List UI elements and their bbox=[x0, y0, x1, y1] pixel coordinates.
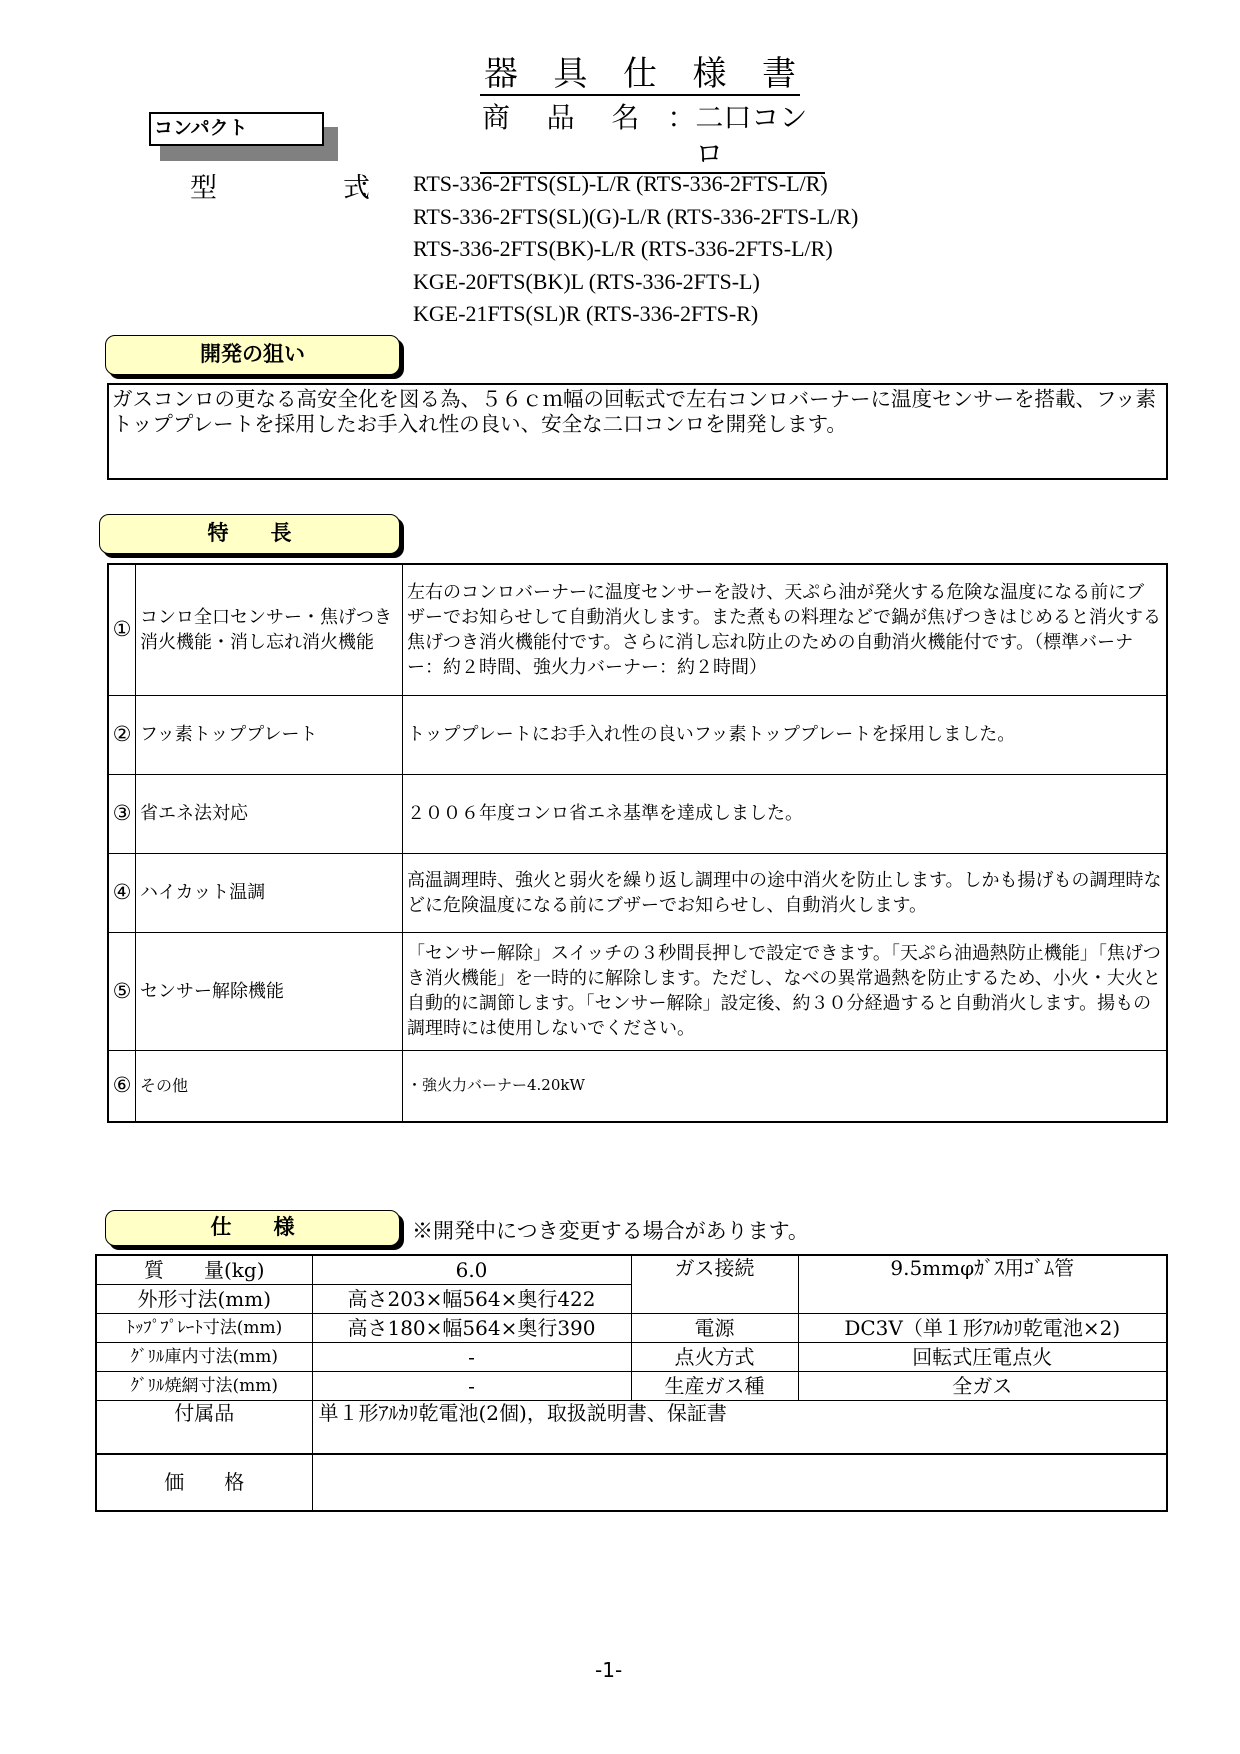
spec-value: 全ガス bbox=[798, 1372, 1167, 1401]
spec-label: ガス接続 bbox=[631, 1255, 798, 1314]
model-item: KGE-20FTS(BK)L (RTS-336-2FTS-L) bbox=[413, 266, 858, 299]
feature-name: その他 bbox=[136, 1050, 403, 1122]
label-char: 品 bbox=[547, 100, 575, 172]
feature-description: トッププレートにお手入れ性の良いフッ素トッププレートを採用しました。 bbox=[403, 695, 1168, 774]
features-table: ① コンロ全口センサー・焦げつき消火機能・消し忘れ消火機能 左右のコンロバーナー… bbox=[107, 563, 1168, 1123]
title-char: 仕 bbox=[623, 52, 657, 94]
spec-label: 外形寸法(mm) bbox=[96, 1285, 312, 1314]
spec-value: 高さ203×幅564×奥行422 bbox=[312, 1285, 631, 1314]
model-label: 型 式 bbox=[190, 172, 370, 206]
feature-description: 「センサー解除」スイッチの３秒間長押しで設定できます。「天ぷら油過熱防止機能」「… bbox=[403, 932, 1168, 1050]
table-row: 価 格 bbox=[96, 1454, 1167, 1511]
model-item: RTS-336-2FTS(SL)-L/R (RTS-336-2FTS-L/R) bbox=[413, 168, 858, 201]
model-item: RTS-336-2FTS(SL)(G)-L/R (RTS-336-2FTS-L/… bbox=[413, 201, 858, 234]
spec-value: - bbox=[312, 1343, 631, 1372]
title-char: 様 bbox=[693, 52, 727, 94]
spec-value: DC3V（単１形ｱﾙｶﾘ乾電池×2) bbox=[798, 1314, 1167, 1343]
feature-name: 省エネ法対応 bbox=[136, 774, 403, 853]
title-char: 器 bbox=[484, 52, 518, 94]
product-name-value: 二口コンロ bbox=[695, 100, 825, 172]
spec-table: 質 量(kg) 6.0 ガス接続 9.5mmφｶﾞｽ用ｺﾞﾑ管 外形寸法(mm)… bbox=[95, 1254, 1168, 1512]
section-heading-spec: 仕 様 bbox=[105, 1210, 400, 1246]
spec-value: 9.5mmφｶﾞｽ用ｺﾞﾑ管 bbox=[798, 1255, 1167, 1314]
label-char: 型 bbox=[190, 172, 217, 206]
spec-label: 付属品 bbox=[96, 1401, 312, 1454]
feature-name: ハイカット温調 bbox=[136, 853, 403, 932]
section-heading-aim: 開発の狙い bbox=[105, 335, 400, 375]
spec-value bbox=[312, 1454, 1167, 1511]
table-row: ② フッ素トッププレート トッププレートにお手入れ性の良いフッ素トッププレートを… bbox=[108, 695, 1167, 774]
row-number: ③ bbox=[108, 774, 136, 853]
title-char: 具 bbox=[554, 52, 588, 94]
spec-value: 回転式圧電点火 bbox=[798, 1343, 1167, 1372]
row-number: ④ bbox=[108, 853, 136, 932]
model-list: RTS-336-2FTS(SL)-L/R (RTS-336-2FTS-L/R) … bbox=[413, 168, 858, 331]
model-item: RTS-336-2FTS(BK)-L/R (RTS-336-2FTS-L/R) bbox=[413, 233, 858, 266]
row-number: ⑤ bbox=[108, 932, 136, 1050]
product-name-label: 商 品 名 bbox=[482, 100, 639, 172]
product-name-line: 商 品 名 ： 二口コンロ bbox=[480, 100, 825, 174]
table-row: ① コンロ全口センサー・焦げつき消火機能・消し忘れ消火機能 左右のコンロバーナー… bbox=[108, 564, 1167, 695]
page-number: -1- bbox=[595, 1658, 622, 1682]
label-char: 名 bbox=[611, 100, 639, 172]
feature-name: フッ素トッププレート bbox=[136, 695, 403, 774]
spec-note: ※開発中につき変更する場合があります。 bbox=[412, 1217, 809, 1245]
section-heading-features: 特 長 bbox=[99, 514, 400, 554]
spec-value: 高さ180×幅564×奥行390 bbox=[312, 1314, 631, 1343]
feature-description: ２００６年度コンロ省エネ基準を達成しました。 bbox=[403, 774, 1168, 853]
spec-label: ｸﾞﾘﾙ焼網寸法(mm) bbox=[96, 1372, 312, 1401]
table-row: ﾄｯﾌﾟﾌﾟﾚｰﾄ寸法(mm) 高さ180×幅564×奥行390 電源 DC3V… bbox=[96, 1314, 1167, 1343]
spec-label: ﾄｯﾌﾟﾌﾟﾚｰﾄ寸法(mm) bbox=[96, 1314, 312, 1343]
category-badge: コンパクト bbox=[149, 112, 324, 146]
row-number: ⑥ bbox=[108, 1050, 136, 1122]
spec-value: 6.0 bbox=[312, 1255, 631, 1285]
feature-description: 高温調理時、強火と弱火を繰り返し調理中の途中消火を防止します。しかも揚げもの調理… bbox=[403, 853, 1168, 932]
feature-name: コンロ全口センサー・焦げつき消火機能・消し忘れ消火機能 bbox=[136, 564, 403, 695]
feature-description: ・強火力バーナー4.20kW bbox=[403, 1050, 1168, 1122]
table-row: ⑥ その他 ・強火力バーナー4.20kW bbox=[108, 1050, 1167, 1122]
spec-value: - bbox=[312, 1372, 631, 1401]
model-colon: ： bbox=[358, 172, 385, 206]
aim-text-box: ガスコンロの更なる高安全化を図る為、５６ｃｍ幅の回転式で左右コンロバーナーに温度… bbox=[107, 383, 1168, 480]
spec-label: 電源 bbox=[631, 1314, 798, 1343]
table-row: ｸﾞﾘﾙ庫内寸法(mm) - 点火方式 回転式圧電点火 bbox=[96, 1343, 1167, 1372]
title-char: 書 bbox=[762, 52, 796, 94]
label-char: 商 bbox=[482, 100, 510, 172]
table-row: ③ 省エネ法対応 ２００６年度コンロ省エネ基準を達成しました。 bbox=[108, 774, 1167, 853]
spec-label: ｸﾞﾘﾙ庫内寸法(mm) bbox=[96, 1343, 312, 1372]
table-row: 質 量(kg) 6.0 ガス接続 9.5mmφｶﾞｽ用ｺﾞﾑ管 bbox=[96, 1255, 1167, 1285]
row-number: ① bbox=[108, 564, 136, 695]
row-number: ② bbox=[108, 695, 136, 774]
feature-name: センサー解除機能 bbox=[136, 932, 403, 1050]
model-item: KGE-21FTS(SL)R (RTS-336-2FTS-R) bbox=[413, 298, 858, 331]
table-row: ④ ハイカット温調 高温調理時、強火と弱火を繰り返し調理中の途中消火を防止します… bbox=[108, 853, 1167, 932]
table-row: 付属品 単１形ｱﾙｶﾘ乾電池(2個)，取扱説明書、保証書 bbox=[96, 1401, 1167, 1454]
product-name-separator: ： bbox=[667, 100, 695, 172]
spec-label: 生産ガス種 bbox=[631, 1372, 798, 1401]
table-row: ⑤ センサー解除機能 「センサー解除」スイッチの３秒間長押しで設定できます。「天… bbox=[108, 932, 1167, 1050]
spec-label: 点火方式 bbox=[631, 1343, 798, 1372]
spec-label: 価 格 bbox=[96, 1454, 312, 1511]
spec-value: 単１形ｱﾙｶﾘ乾電池(2個)，取扱説明書、保証書 bbox=[312, 1401, 1167, 1454]
feature-description: 左右のコンロバーナーに温度センサーを設け、天ぷら油が発火する危険な温度になる前に… bbox=[403, 564, 1168, 695]
table-row: ｸﾞﾘﾙ焼網寸法(mm) - 生産ガス種 全ガス bbox=[96, 1372, 1167, 1401]
spec-label: 質 量(kg) bbox=[96, 1255, 312, 1285]
document-title: 器 具 仕 様 書 bbox=[480, 52, 800, 96]
